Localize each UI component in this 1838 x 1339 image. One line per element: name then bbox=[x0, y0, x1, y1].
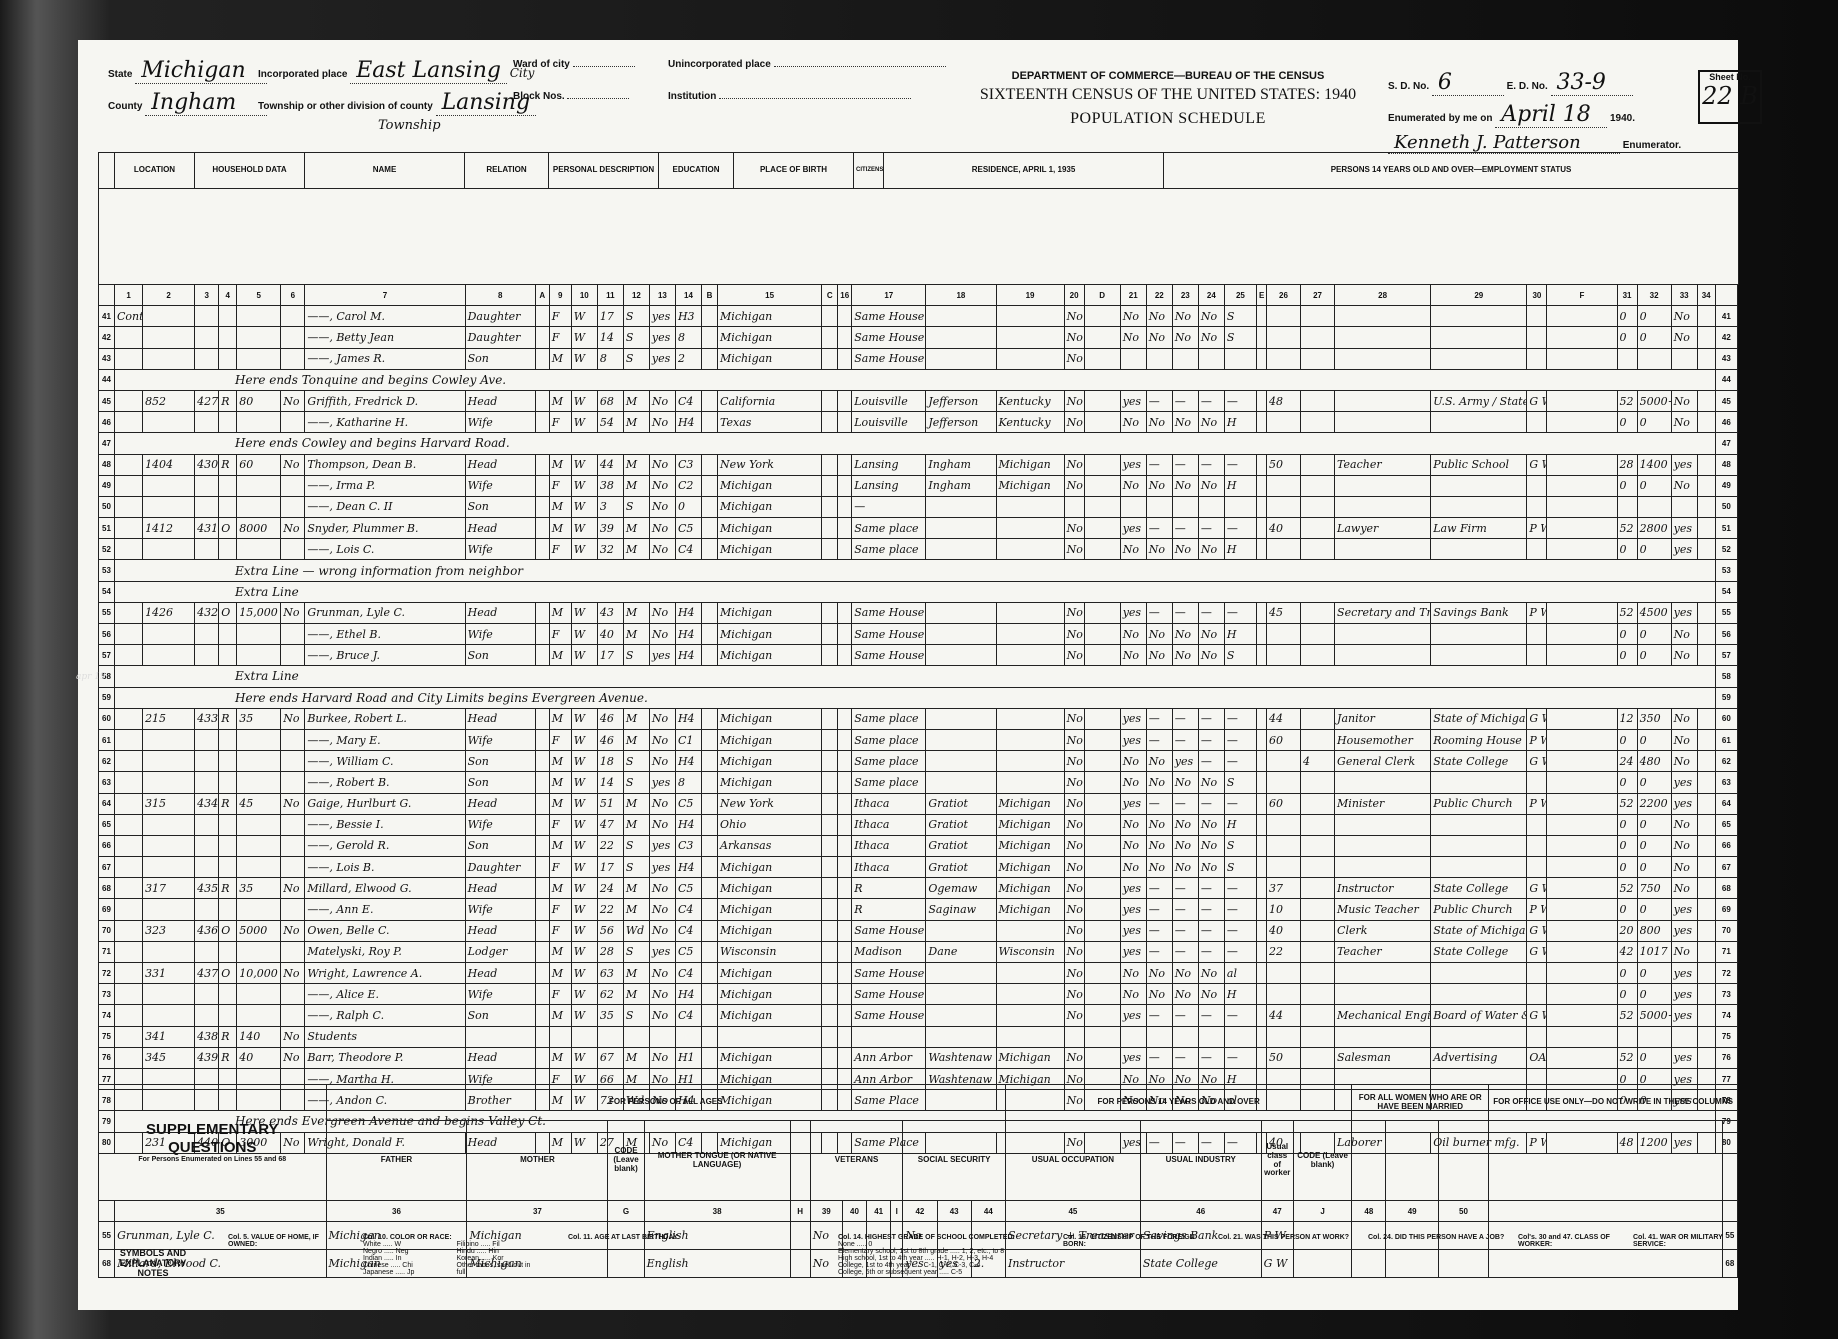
line-number-right: 60 bbox=[1715, 708, 1737, 729]
cell-age: 14 bbox=[597, 327, 623, 348]
cell-oth: No bbox=[1671, 645, 1697, 666]
cell-cit bbox=[838, 1005, 852, 1026]
cell-own bbox=[219, 984, 237, 1005]
cell-c34 bbox=[1697, 878, 1715, 899]
cell-occ bbox=[1335, 963, 1431, 984]
line-number-right: 44 bbox=[1715, 369, 1737, 390]
table-row: 67——, Lois B.DaughterFW17SyesH4MichiganI… bbox=[99, 857, 1738, 878]
cell-wks: 0 bbox=[1617, 475, 1637, 496]
cell-F bbox=[1547, 412, 1617, 433]
cell-B bbox=[702, 835, 718, 856]
cell-cls bbox=[1527, 539, 1547, 560]
line-number: 59 bbox=[99, 687, 115, 708]
cell-c26 bbox=[1266, 348, 1300, 369]
cell-farm: No bbox=[281, 793, 305, 814]
cell-age bbox=[597, 1026, 623, 1047]
cell-c21: No bbox=[1120, 963, 1146, 984]
cell-fam: 437 bbox=[195, 963, 219, 984]
cell-name: ——, Carol M. bbox=[305, 306, 465, 327]
cell-c27 bbox=[1301, 1026, 1335, 1047]
cell-fam bbox=[195, 941, 219, 962]
cell-c34 bbox=[1697, 624, 1715, 645]
cell-birth: New York bbox=[718, 454, 822, 475]
cell-res-state: Michigan bbox=[996, 899, 1064, 920]
cell-c23: No bbox=[1172, 857, 1198, 878]
cell-val: 10,000 bbox=[237, 963, 281, 984]
cell-age: 3 bbox=[597, 496, 623, 517]
cell-sex: M bbox=[549, 878, 571, 899]
cell-c23: — bbox=[1172, 878, 1198, 899]
sheet-number-value: 22 B bbox=[1700, 82, 1760, 110]
cell-fam bbox=[195, 899, 219, 920]
cell-mar: M bbox=[623, 602, 649, 623]
grade-code-item: College, 1st to 4th year ..... C-1, C-2,… bbox=[838, 1262, 1038, 1269]
cell-own bbox=[219, 814, 237, 835]
supplementary-title: SUPPLEMENTARY QUESTIONS bbox=[101, 1121, 324, 1156]
cell-cls: OA bbox=[1527, 1047, 1547, 1068]
cell-c21: yes bbox=[1120, 454, 1146, 475]
note-col14-head: Col. 14. HIGHEST GRADE OF SCHOOL COMPLET… bbox=[838, 1234, 1038, 1241]
cell-res-city: Same House bbox=[852, 348, 926, 369]
cell-c26 bbox=[1266, 539, 1300, 560]
cell-sch: yes bbox=[649, 645, 675, 666]
cell-c27 bbox=[1301, 390, 1335, 411]
cell-D bbox=[1084, 454, 1120, 475]
cell-B bbox=[702, 772, 718, 793]
column-number-row: 12345678A91011121314B15C1617181920D21222… bbox=[99, 285, 1738, 306]
cell-birth: Michigan bbox=[718, 518, 822, 539]
cell-house bbox=[143, 539, 195, 560]
cell-c24: — bbox=[1198, 941, 1224, 962]
cell-birth: Michigan bbox=[718, 306, 822, 327]
cell-res-state bbox=[996, 624, 1064, 645]
cell-F bbox=[1547, 857, 1617, 878]
cell-own bbox=[219, 348, 237, 369]
cell-res-state: Michigan bbox=[996, 454, 1064, 475]
cell-c23: No bbox=[1172, 539, 1198, 560]
cell-rel: Wife bbox=[465, 899, 535, 920]
cell-occ: Teacher bbox=[1335, 941, 1431, 962]
cell-inc: 2800 bbox=[1637, 518, 1671, 539]
cell-c22: — bbox=[1146, 518, 1172, 539]
cell-ind: U.S. Army / State College bbox=[1431, 390, 1527, 411]
grade-list: None ..... 0Elementary school, 1st to 8t… bbox=[838, 1241, 1038, 1276]
cell-C bbox=[822, 390, 838, 411]
cell-c21: No bbox=[1120, 539, 1146, 560]
cell-F bbox=[1547, 518, 1617, 539]
cell-B bbox=[702, 496, 718, 517]
cell-res-county: Ingham bbox=[926, 454, 996, 475]
cell-sex: F bbox=[549, 729, 571, 750]
cell-own bbox=[219, 475, 237, 496]
cell-rel: Son bbox=[465, 1005, 535, 1026]
cell-D bbox=[1084, 1005, 1120, 1026]
cell-c26 bbox=[1266, 475, 1300, 496]
explanatory-notes: SYMBOLS AND EXPLANATORY NOTES Col. 5. VA… bbox=[78, 1230, 1738, 1305]
cell-own bbox=[219, 941, 237, 962]
line-number: 47 bbox=[99, 433, 115, 454]
cell-rel bbox=[465, 1026, 535, 1047]
cell-D bbox=[1084, 1047, 1120, 1068]
cell-age: 38 bbox=[597, 475, 623, 496]
cell-race: W bbox=[571, 390, 597, 411]
cell-c21 bbox=[1120, 1026, 1146, 1047]
cell-farm35: No bbox=[1064, 772, 1084, 793]
cell-c27 bbox=[1301, 412, 1335, 433]
cell-D bbox=[1084, 348, 1120, 369]
cell-own: O bbox=[219, 920, 237, 941]
cell-inc: 4500 bbox=[1637, 602, 1671, 623]
cell-c27 bbox=[1301, 920, 1335, 941]
cell-fam bbox=[195, 772, 219, 793]
note-col41-head: Col. 41. WAR OR MILITARY SERVICE: bbox=[1633, 1234, 1733, 1248]
cell-ind: State College bbox=[1431, 941, 1527, 962]
cell-c26: 60 bbox=[1266, 793, 1300, 814]
cell-name: Griffith, Fredrick D. bbox=[305, 390, 465, 411]
cell-age: 56 bbox=[597, 920, 623, 941]
cell-c23: No bbox=[1172, 772, 1198, 793]
cell-house: 1426 bbox=[143, 602, 195, 623]
cell-birth: Michigan bbox=[718, 475, 822, 496]
enumerated-date-field: Enumerated by me on April 18 1940. bbox=[1388, 102, 1635, 128]
cell-grade: H4 bbox=[675, 602, 701, 623]
cell-E bbox=[1256, 412, 1266, 433]
cell-c25: — bbox=[1224, 899, 1256, 920]
cell-sch: yes bbox=[649, 941, 675, 962]
cell-c26 bbox=[1266, 984, 1300, 1005]
cell-oth: yes bbox=[1671, 454, 1697, 475]
cell-own bbox=[219, 496, 237, 517]
cell-rel: Head bbox=[465, 602, 535, 623]
cell-c25: H bbox=[1224, 984, 1256, 1005]
cell-D bbox=[1084, 306, 1120, 327]
cell-own bbox=[219, 772, 237, 793]
cell-house bbox=[143, 835, 195, 856]
cell-A bbox=[535, 729, 549, 750]
cell-res-state bbox=[996, 963, 1064, 984]
cell-E bbox=[1256, 306, 1266, 327]
cell-c34 bbox=[1697, 1026, 1715, 1047]
cell-c23: No bbox=[1172, 624, 1198, 645]
unincorporated-value bbox=[774, 66, 946, 67]
cell-c21: No bbox=[1120, 412, 1146, 433]
cell-mar: M bbox=[623, 475, 649, 496]
cell-sex: F bbox=[549, 920, 571, 941]
cell-street bbox=[115, 984, 143, 1005]
cell-sch: No bbox=[649, 708, 675, 729]
cell-c25: — bbox=[1224, 751, 1256, 772]
cell-res-city: Same House bbox=[852, 920, 926, 941]
sd-label: S. D. No. bbox=[1388, 81, 1429, 92]
cell-c34 bbox=[1697, 518, 1715, 539]
cell-c22: No bbox=[1146, 412, 1172, 433]
cell-farm35: No bbox=[1064, 602, 1084, 623]
cell-c25: — bbox=[1224, 878, 1256, 899]
cell-C bbox=[822, 963, 838, 984]
column-number: 30 bbox=[1527, 285, 1547, 306]
line-number: 70 bbox=[99, 920, 115, 941]
cell-sex bbox=[549, 1026, 571, 1047]
cell-cit bbox=[838, 1047, 852, 1068]
cell-own: R bbox=[219, 1026, 237, 1047]
cell-c25: — bbox=[1224, 1005, 1256, 1026]
schedule-title: POPULATION SCHEDULE bbox=[958, 110, 1378, 128]
cell-wks: 28 bbox=[1617, 454, 1637, 475]
cell-race: W bbox=[571, 963, 597, 984]
cell-c22: — bbox=[1146, 899, 1172, 920]
cell-name: ——, James R. bbox=[305, 348, 465, 369]
cell-ind bbox=[1431, 963, 1527, 984]
title-block: DEPARTMENT OF COMMERCE—BUREAU OF THE CEN… bbox=[958, 70, 1378, 128]
cell-race: W bbox=[571, 1005, 597, 1026]
cell-c24: — bbox=[1198, 793, 1224, 814]
cell-ind bbox=[1431, 496, 1527, 517]
cell-cls: G W bbox=[1527, 454, 1547, 475]
cell-fam: 438 bbox=[195, 1026, 219, 1047]
cell-c25: — bbox=[1224, 920, 1256, 941]
cell-grade: C5 bbox=[675, 793, 701, 814]
cell-c26: 50 bbox=[1266, 1047, 1300, 1068]
cell-c27 bbox=[1301, 857, 1335, 878]
cell-cit bbox=[838, 751, 852, 772]
cell-farm35: No bbox=[1064, 454, 1084, 475]
cell-race: W bbox=[571, 814, 597, 835]
cell-sex: F bbox=[549, 857, 571, 878]
cell-res-county bbox=[926, 348, 996, 369]
supp-column-number: I bbox=[891, 1201, 903, 1222]
note-col24-head: Col. 24. DID THIS PERSON HAVE A JOB? bbox=[1368, 1234, 1508, 1241]
cell-grade: C4 bbox=[675, 899, 701, 920]
cell-mar: M bbox=[623, 878, 649, 899]
cell-c23: — bbox=[1172, 793, 1198, 814]
cell-c21: yes bbox=[1120, 518, 1146, 539]
cell-own: R bbox=[219, 1047, 237, 1068]
group-name: NAME bbox=[305, 153, 465, 189]
cell-c27 bbox=[1301, 708, 1335, 729]
cell-name: ——, Bruce J. bbox=[305, 645, 465, 666]
cell-wks: 52 bbox=[1617, 1005, 1637, 1026]
cell-res-state bbox=[996, 920, 1064, 941]
table-row: 511412431O8000NoSnyder, Plummer B.HeadMW… bbox=[99, 518, 1738, 539]
cell-grade: C4 bbox=[675, 963, 701, 984]
enumeration-note: Extra Line bbox=[115, 581, 1716, 602]
cell-c26: 40 bbox=[1266, 920, 1300, 941]
line-number-right: 50 bbox=[1715, 496, 1737, 517]
cell-c27 bbox=[1301, 475, 1335, 496]
cell-oth bbox=[1671, 348, 1697, 369]
cell-grade: H4 bbox=[675, 624, 701, 645]
line-number: 61 bbox=[99, 729, 115, 750]
cell-c24: — bbox=[1198, 454, 1224, 475]
cell-c26: 50 bbox=[1266, 454, 1300, 475]
cell-res-state bbox=[996, 708, 1064, 729]
cell-occ: Clerk bbox=[1335, 920, 1431, 941]
cell-c25: H bbox=[1224, 624, 1256, 645]
group-location: LOCATION bbox=[115, 153, 195, 189]
cell-c24: — bbox=[1198, 1047, 1224, 1068]
cell-c22 bbox=[1146, 348, 1172, 369]
cell-house bbox=[143, 729, 195, 750]
cell-inc: 2200 bbox=[1637, 793, 1671, 814]
cell-res-county: Gratiot bbox=[926, 814, 996, 835]
column-instructions-band bbox=[99, 189, 1739, 285]
cell-cls bbox=[1527, 814, 1547, 835]
cell-c24 bbox=[1198, 496, 1224, 517]
cell-farm bbox=[281, 857, 305, 878]
table-row: 42——, Betty JeanDaughterFW14Syes8Michiga… bbox=[99, 327, 1738, 348]
supp-column-number: 35 bbox=[115, 1201, 326, 1222]
cell-street bbox=[115, 645, 143, 666]
supp-column-number: 48 bbox=[1352, 1201, 1386, 1222]
cell-c22: No bbox=[1146, 984, 1172, 1005]
cell-name: ——, Lois B. bbox=[305, 857, 465, 878]
cell-wks: 24 bbox=[1617, 751, 1637, 772]
supp-column-number: 39 bbox=[810, 1201, 842, 1222]
cell-cls: G W bbox=[1527, 941, 1547, 962]
cell-A bbox=[535, 963, 549, 984]
cell-C bbox=[822, 920, 838, 941]
cell-c24: — bbox=[1198, 708, 1224, 729]
incorporated-place-label: Incorporated place bbox=[258, 69, 347, 80]
cell-c27 bbox=[1301, 878, 1335, 899]
cell-A bbox=[535, 624, 549, 645]
cell-mar: M bbox=[623, 390, 649, 411]
cell-birth: Michigan bbox=[718, 878, 822, 899]
cell-sch: No bbox=[649, 454, 675, 475]
note-col14: Col. 14. HIGHEST GRADE OF SCHOOL COMPLET… bbox=[838, 1234, 1038, 1276]
cell-B bbox=[702, 645, 718, 666]
cell-F bbox=[1547, 1026, 1617, 1047]
cell-sex: F bbox=[549, 899, 571, 920]
cell-c22: No bbox=[1146, 327, 1172, 348]
cell-grade: C5 bbox=[675, 878, 701, 899]
cell-c26: 22 bbox=[1266, 941, 1300, 962]
cell-rel: Wife bbox=[465, 984, 535, 1005]
line-number-right: 57 bbox=[1715, 645, 1737, 666]
enumerated-year: 1940. bbox=[1610, 113, 1635, 124]
cell-wks: 52 bbox=[1617, 518, 1637, 539]
cell-rel: Head bbox=[465, 518, 535, 539]
cell-F bbox=[1547, 454, 1617, 475]
cell-race: W bbox=[571, 518, 597, 539]
cell-C bbox=[822, 1026, 838, 1047]
cell-cit bbox=[838, 390, 852, 411]
cell-name: Thompson, Dean B. bbox=[305, 454, 465, 475]
supp-group-14: FOR PERSONS 14 YEARS OLD AND OVER bbox=[1005, 1085, 1351, 1121]
cell-C bbox=[822, 772, 838, 793]
group-household: HOUSEHOLD DATA bbox=[195, 153, 305, 189]
cell-fam bbox=[195, 1005, 219, 1026]
cell-c27 bbox=[1301, 793, 1335, 814]
cell-wks: 0 bbox=[1617, 963, 1637, 984]
column-number: B bbox=[702, 285, 718, 306]
group-employment: PERSONS 14 YEARS OLD AND OVER—EMPLOYMENT… bbox=[1164, 153, 1739, 189]
cell-farm35: No bbox=[1064, 327, 1084, 348]
grade-code-item: College, 5th or subsequent year ..... C-… bbox=[838, 1269, 1038, 1276]
cell-farm bbox=[281, 835, 305, 856]
cell-c21 bbox=[1120, 496, 1146, 517]
column-number: 27 bbox=[1301, 285, 1335, 306]
cell-res-state: Michigan bbox=[996, 814, 1064, 835]
cell-c23: — bbox=[1172, 518, 1198, 539]
cell-ind bbox=[1431, 984, 1527, 1005]
cell-occ bbox=[1335, 624, 1431, 645]
cell-D bbox=[1084, 920, 1120, 941]
cell-res-city: Lansing bbox=[852, 454, 926, 475]
cell-birth: Arkansas bbox=[718, 835, 822, 856]
line-number-right: 55 bbox=[1715, 602, 1737, 623]
cell-own bbox=[219, 835, 237, 856]
cell-val bbox=[237, 496, 281, 517]
cell-cit bbox=[838, 412, 852, 433]
cell-ind bbox=[1431, 348, 1527, 369]
race-code-item: Chinese ..... Chi bbox=[363, 1262, 450, 1269]
cell-val bbox=[237, 857, 281, 878]
cell-c26: 48 bbox=[1266, 390, 1300, 411]
cell-c34 bbox=[1697, 306, 1715, 327]
cell-street bbox=[115, 1026, 143, 1047]
cell-birth: New York bbox=[718, 793, 822, 814]
cell-c27 bbox=[1301, 518, 1335, 539]
cell-c26 bbox=[1266, 1026, 1300, 1047]
cell-mar: S bbox=[623, 835, 649, 856]
cell-res-city: Same place bbox=[852, 518, 926, 539]
supp-column-number: 44 bbox=[971, 1201, 1005, 1222]
cell-c25: — bbox=[1224, 454, 1256, 475]
note-col24: Col. 24. DID THIS PERSON HAVE A JOB? bbox=[1368, 1234, 1508, 1241]
line-number-right: 59 bbox=[1715, 687, 1737, 708]
cell-ind bbox=[1431, 1026, 1527, 1047]
cell-res-county: Jefferson bbox=[926, 390, 996, 411]
cell-birth: Michigan bbox=[718, 1005, 822, 1026]
cell-res-city: Same place bbox=[852, 772, 926, 793]
cell-race: W bbox=[571, 899, 597, 920]
cell-cls: P W bbox=[1527, 793, 1547, 814]
cell-cls bbox=[1527, 963, 1547, 984]
column-number: 2 bbox=[143, 285, 195, 306]
cell-grade: C4 bbox=[675, 920, 701, 941]
cell-D bbox=[1084, 857, 1120, 878]
cell-name: ——, Robert B. bbox=[305, 772, 465, 793]
cell-c22: No bbox=[1146, 751, 1172, 772]
race-code-item: Japanese ..... Jp bbox=[363, 1269, 450, 1276]
cell-oth: yes bbox=[1671, 518, 1697, 539]
enumeration-note: Here ends Cowley and begins Harvard Road… bbox=[115, 433, 1716, 454]
line-number-right: 51 bbox=[1715, 518, 1737, 539]
cell-street bbox=[115, 1047, 143, 1068]
table-row: 56——, Ethel B.WifeFW40MNoH4MichiganSame … bbox=[99, 624, 1738, 645]
cell-mar: M bbox=[623, 1047, 649, 1068]
column-number: C bbox=[822, 285, 838, 306]
cell-street bbox=[115, 602, 143, 623]
cell-cls: G W bbox=[1527, 708, 1547, 729]
column-number: 13 bbox=[649, 285, 675, 306]
supp-column-number bbox=[1722, 1201, 1737, 1222]
race-code-item: Other races, spell out in full. bbox=[457, 1262, 544, 1276]
cell-B bbox=[702, 899, 718, 920]
line-number-right: 58 bbox=[1715, 666, 1737, 687]
cell-mar: M bbox=[623, 539, 649, 560]
cell-mar: M bbox=[623, 899, 649, 920]
cell-c26: 37 bbox=[1266, 878, 1300, 899]
supp-column-numbers: 353637G38H394041I424344454647J484950 bbox=[99, 1201, 1738, 1222]
cell-res-city: Same House bbox=[852, 327, 926, 348]
line-col-head bbox=[99, 153, 115, 189]
cell-grade: 0 bbox=[675, 496, 701, 517]
line-number: 57 bbox=[99, 645, 115, 666]
cell-sex: F bbox=[549, 814, 571, 835]
cell-oth: yes bbox=[1671, 984, 1697, 1005]
